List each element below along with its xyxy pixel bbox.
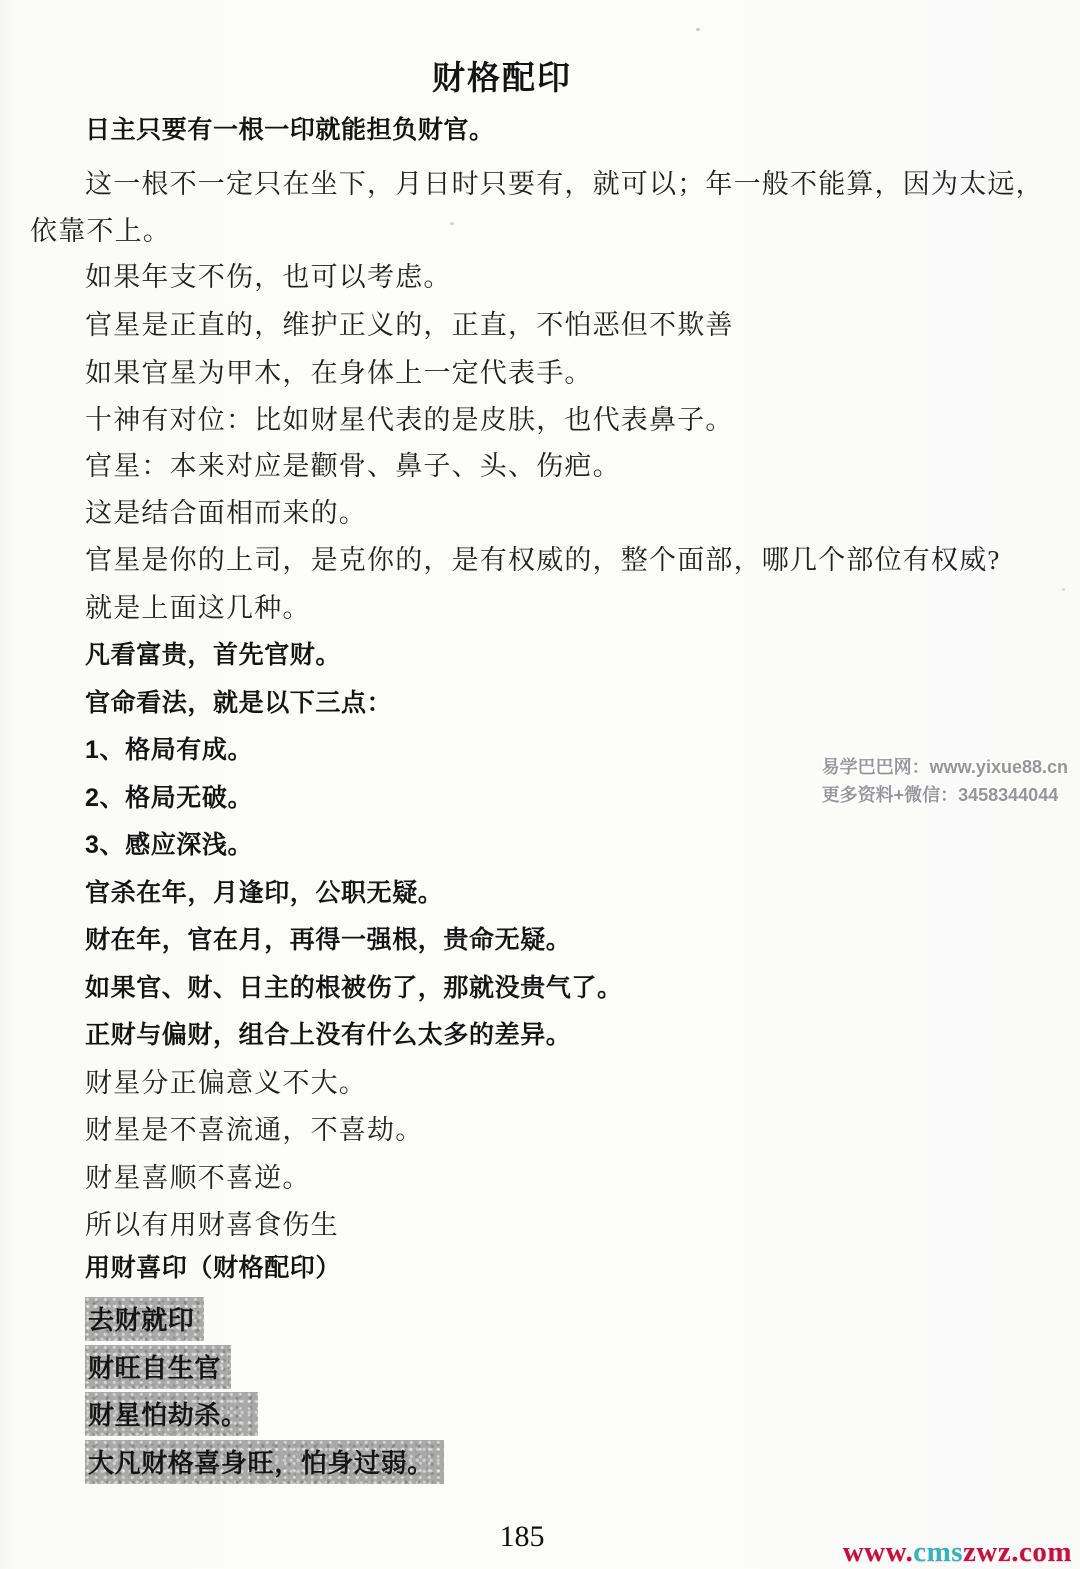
watermark-line-2: 更多资料+微信：3458344044	[822, 781, 1068, 809]
paragraph-line: 官星是你的上司，是克你的，是有权威的，整个面部，哪几个部位有权威?	[85, 543, 1001, 577]
paragraph-line: 凡看富贵，首先官财。	[85, 638, 341, 672]
paragraph-line: 日主只要有一根一印就能担负财官。	[85, 113, 495, 147]
highlighted-line: 财星怕劫杀。	[85, 1392, 258, 1426]
paragraph-line: 这是结合面相而来的。	[85, 496, 367, 530]
list-item: 1、格局有成。	[85, 733, 253, 767]
paragraph-line: 用财喜印（财格配印）	[85, 1251, 341, 1285]
footer-site-url: www.cmszwz.com	[843, 1536, 1072, 1569]
paragraph-line: 这一根不一定只在坐下，月日时只要有，就可以；年一般不能算，因为太远，	[85, 167, 1044, 201]
page-title: 财格配印	[0, 52, 1004, 99]
footer-url-cms: cms	[913, 1536, 963, 1568]
paragraph-line: 财星喜顺不喜逆。	[85, 1161, 311, 1195]
highlight-background: 财旺自生官	[85, 1345, 231, 1389]
paragraph-line: 官命看法，就是以下三点：	[85, 686, 392, 720]
scan-speck	[450, 222, 454, 225]
paragraph-line: 官杀在年，月逢印，公职无疑。	[85, 876, 443, 910]
site-watermark: 易学巴巴网：www.yixue88.cn 更多资料+微信：3458344044	[822, 753, 1068, 809]
highlighted-line: 大凡财格喜身旺，怕身过弱。	[85, 1440, 444, 1474]
footer-url-domain: zwz.com	[963, 1536, 1072, 1568]
highlight-background: 大凡财格喜身旺，怕身过弱。	[85, 1440, 444, 1484]
paragraph-line: 财星分正偏意义不大。	[85, 1066, 367, 1100]
paragraph-line: 所以有用财喜食伤生	[85, 1208, 339, 1242]
paragraph-line: 如果年支不伤，也可以考虑。	[85, 260, 452, 294]
document-page: 财格配印 日主只要有一根一印就能担负财官。 这一根不一定只在坐下，月日时只要有，…	[0, 0, 1080, 1569]
paragraph-line: 官星：本来对应是颧骨、鼻子、头、伤疤。	[85, 449, 621, 483]
footer-url-www: www.	[843, 1536, 913, 1568]
paragraph-line: 官星是正直的，维护正义的，正直，不怕恶但不欺善	[85, 308, 734, 342]
highlighted-line: 去财就印	[85, 1297, 204, 1331]
paragraph-line: 如果官星为甲木，在身体上一定代表手。	[85, 356, 593, 390]
scan-speck	[696, 28, 700, 31]
scan-speck	[1062, 588, 1065, 591]
highlight-background: 财星怕劫杀。	[85, 1392, 258, 1436]
paragraph-line: 十神有对位：比如财星代表的是皮肤，也代表鼻子。	[85, 403, 734, 437]
paragraph-line: 依靠不上。	[30, 214, 171, 248]
paragraph-line: 正财与偏财，组合上没有什么太多的差异。	[85, 1018, 571, 1052]
list-item: 2、格局无破。	[85, 781, 253, 815]
paragraph-line: 如果官、财、日主的根被伤了，那就没贵气了。	[85, 971, 623, 1005]
highlighted-line: 财旺自生官	[85, 1345, 231, 1379]
highlight-background: 去财就印	[85, 1297, 204, 1341]
watermark-line-1: 易学巴巴网：www.yixue88.cn	[822, 753, 1068, 781]
paragraph-line: 财星是不喜流通，不喜劫。	[85, 1113, 423, 1147]
paragraph-line: 财在年，官在月，再得一强根，贵命无疑。	[85, 923, 571, 957]
list-item: 3、感应深浅。	[85, 828, 253, 862]
paragraph-line: 就是上面这几种。	[85, 591, 311, 625]
